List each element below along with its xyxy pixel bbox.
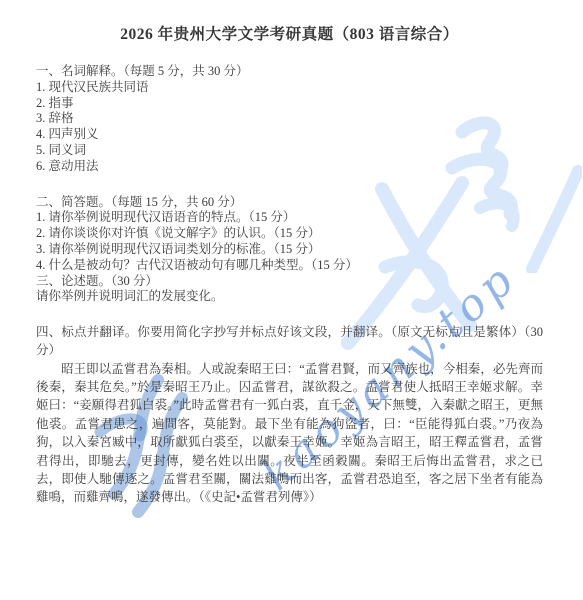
section-short-answer: 二、简答题。（每题 15 分，共 60 分） 1. 请你举例说明现代汉语语音的特… <box>36 195 543 274</box>
section-essay: 三、论述题。（30 分） 请你举例并说明词汇的发展变化。 <box>36 274 543 306</box>
section-heading: 四、标点并翻译。你要用简化字抄写并标点好该文段，并翻译。（原文无标点且是繁体）（… <box>36 323 543 359</box>
section-punctuate-translate: 四、标点并翻译。你要用简化字抄写并标点好该文段，并翻译。（原文无标点且是繁体）（… <box>36 323 543 507</box>
question-item: 5. 同义词 <box>36 143 543 159</box>
section-term-definitions: 一、名词解释。（每题 5 分，共 30 分） 1. 现代汉民族共同语 2. 指事… <box>36 64 543 175</box>
exam-document-page: kaoyany.top 2026 年贵州大学文学考研真题（803 语言综合） 一… <box>0 0 583 600</box>
section-heading: 一、名词解释。（每题 5 分，共 30 分） <box>36 64 543 80</box>
classical-passage: 昭王即以孟嘗君為秦相。人或說秦昭王曰：“孟嘗君賢，而又齊族也，今相秦，必先齊而後… <box>36 360 543 507</box>
question-item: 请你举例并说明词汇的发展变化。 <box>36 289 543 305</box>
section-heading: 二、简答题。（每题 15 分，共 60 分） <box>36 195 543 211</box>
question-item: 3. 请你举例说明现代汉语词类划分的标准。（15 分） <box>36 242 543 258</box>
question-item: 1. 现代汉民族共同语 <box>36 80 543 96</box>
section-heading: 三、论述题。（30 分） <box>36 274 543 290</box>
question-item: 1. 请你举例说明现代汉语语音的特点。（15 分） <box>36 210 543 226</box>
page-title: 2026 年贵州大学文学考研真题（803 语言综合） <box>36 22 543 44</box>
question-item: 4. 什么是被动句？古代汉语被动句有哪几种类型。（15 分） <box>36 258 543 274</box>
question-item: 2. 指事 <box>36 96 543 112</box>
question-item: 2. 请你谈谈你对许慎《说文解字》的认识。（15 分） <box>36 226 543 242</box>
question-item: 6. 意动用法 <box>36 159 543 175</box>
question-item: 4. 四声别义 <box>36 127 543 143</box>
question-item: 3. 辞格 <box>36 111 543 127</box>
document-content: 2026 年贵州大学文学考研真题（803 语言综合） 一、名词解释。（每题 5 … <box>0 0 583 507</box>
